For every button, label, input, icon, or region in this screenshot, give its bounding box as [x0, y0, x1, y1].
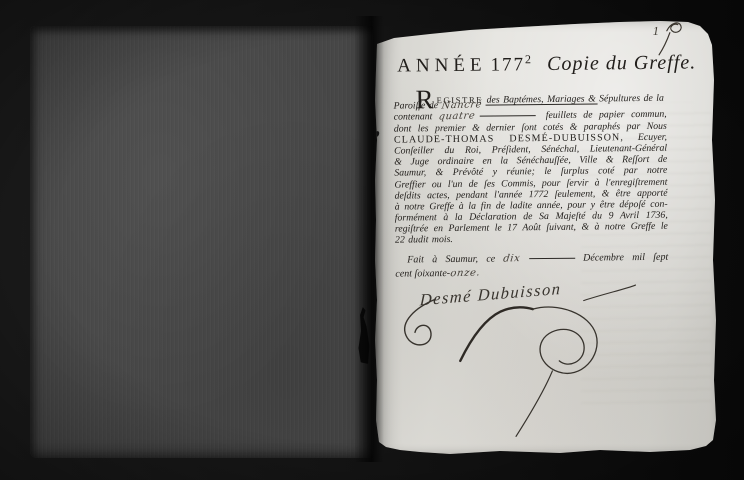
- text-line: cent ſoixante-onze.: [395, 264, 668, 280]
- registre-paragraph: REGISTRE des Baptémes, Mariages & Sépult…: [393, 87, 668, 246]
- page-content: 1 ANNÉE 1772 Copie du Greffe. REGISTRE d…: [371, 16, 722, 460]
- greffe-title: Copie du Greffe.: [547, 51, 696, 75]
- document-page: 1 ANNÉE 1772 Copie du Greffe. REGISTRE d…: [373, 18, 719, 458]
- drop-cap: R: [415, 94, 433, 104]
- text-line: Fait à Saumur, ce dix Décembre mil ſept: [395, 251, 668, 267]
- year-word: ANNÉE: [397, 55, 487, 77]
- signature-name: Desmé Dubuisson: [419, 279, 562, 311]
- bookmark-tassel: [354, 307, 370, 364]
- handwritten-year-word: onze.: [449, 266, 481, 280]
- year-digits: 177: [490, 54, 525, 75]
- handwritten-sheet-count: quatre: [438, 111, 476, 123]
- left-cover-page: [30, 26, 373, 458]
- handwritten-day: dix: [503, 252, 522, 266]
- text-line: 22 dudit mois.: [395, 232, 668, 246]
- fill-rule: [479, 115, 535, 117]
- register-scan: 1 ANNÉE 1772 Copie du Greffe. REGISTRE d…: [0, 0, 744, 480]
- dateline: Fait à Saumur, ce dix Décembre mil ſept …: [395, 251, 668, 281]
- fill-rule: [486, 103, 598, 105]
- page-title: ANNÉE 1772 Copie du Greffe.: [397, 50, 697, 77]
- folio-number-text: 1: [653, 24, 659, 38]
- fill-rule: [529, 257, 575, 258]
- year-raised-digit: 2: [525, 52, 531, 66]
